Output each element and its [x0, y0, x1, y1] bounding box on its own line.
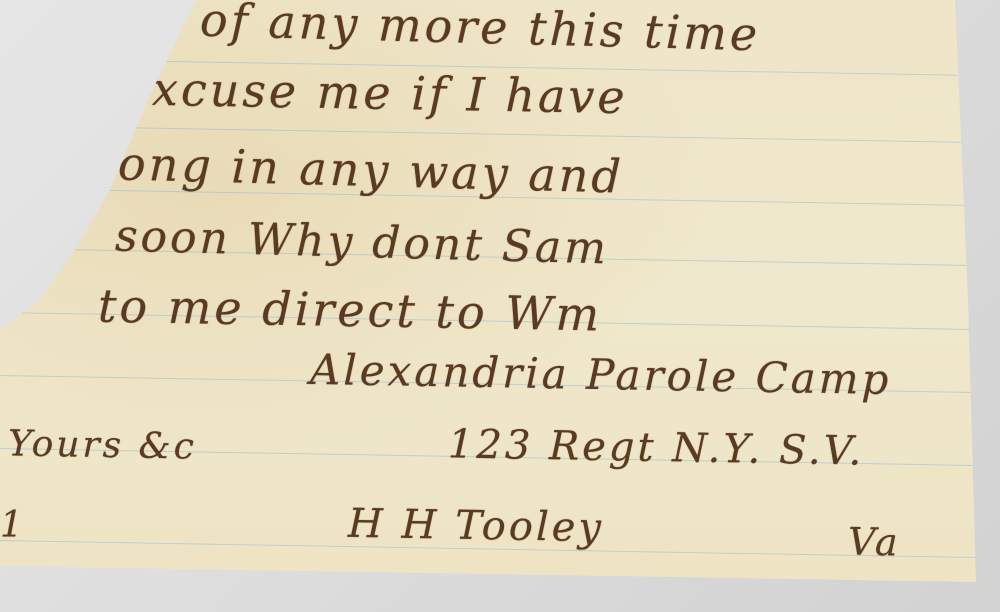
- address-line-1: Alexandria Parole Camp: [310, 345, 892, 404]
- address-line-2: 123 Regt N.Y. S.V.: [448, 421, 865, 474]
- fragment-left: 1: [0, 505, 26, 546]
- letter-line-5: to me direct to Wm: [98, 279, 603, 342]
- letter-line-1: of any more this time: [199, 0, 760, 61]
- letter-line-4: soon Why dont Sam: [114, 211, 609, 275]
- closing: Yours &c: [8, 423, 198, 467]
- address-line-3: Va: [848, 520, 901, 565]
- signature: H H Tooley: [348, 501, 605, 551]
- letter-line-3: ong in any way and: [117, 136, 624, 203]
- letter-line-2: xcuse me if I have: [152, 62, 629, 124]
